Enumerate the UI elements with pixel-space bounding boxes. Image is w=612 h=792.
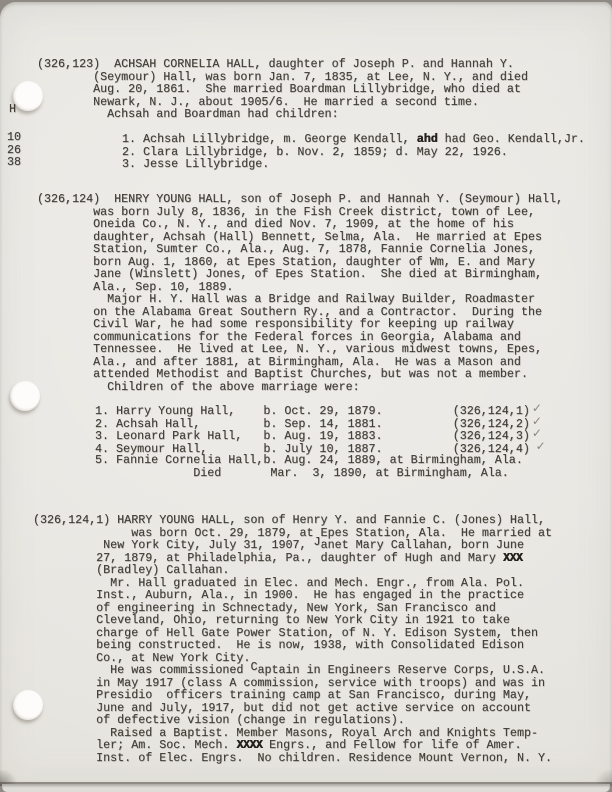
- text-line: Inst. of Elec. Engrs. No children. Resid…: [33, 752, 552, 765]
- text-segment: Achsah and Boardman had children:: [37, 107, 339, 121]
- text-segment: Died Mar. 3, 1890, at Birmingham, Ala.: [95, 466, 509, 480]
- text-line: Children of the above marriage were:: [37, 381, 563, 394]
- section-326-124-1: (326,124,1) HARRY YOUNG HALL, son of Hen…: [33, 514, 552, 764]
- text-segment: 3. Jesse Lillybridge.: [122, 157, 269, 171]
- scanned-typescript-page: H 10 26 38 (326,123) ACHSAH CORNELIA HAL…: [0, 2, 612, 782]
- text-line: 3. Jesse Lillybridge.: [122, 158, 585, 171]
- section-326-123: (326,123) ACHSAH CORNELIA HALL, daughter…: [37, 58, 528, 121]
- margin-mark-numbers: 10 26 38: [7, 131, 21, 169]
- text-line: Died Mar. 3, 1890, at Birmingham, Ala.: [95, 467, 546, 480]
- text-segment-sup: J: [314, 535, 321, 549]
- text-line: Achsah and Boardman had children:: [37, 108, 528, 121]
- section-326-124: (326,124) HENRY YOUNG HALL, son of Josep…: [37, 193, 563, 393]
- margin-mark-number: 10: [7, 131, 21, 144]
- text-segment: Children of the above marriage were:: [37, 380, 360, 394]
- text-segment: Inst. of Elec. Engrs. No children. Resid…: [33, 751, 552, 765]
- text-line: 3. Leonard Park Hall, b. Aug. 19, 1883. …: [95, 429, 546, 442]
- children-list-lillybridge: 1. Achsah Lillybridge, m. George Kendall…: [122, 133, 585, 171]
- pencil-checkmark: ✓: [532, 426, 542, 440]
- underlying-page-edge: [2, 784, 610, 792]
- pencil-checkmark: ✓: [532, 401, 542, 415]
- text-segment-strike: XXX: [503, 551, 522, 565]
- margin-mark-number: 38: [7, 156, 21, 169]
- punch-hole-middle: [10, 381, 40, 411]
- margin-mark-letter: H: [9, 103, 16, 116]
- pencil-checkmark: ✓: [532, 439, 546, 453]
- text-segment-sup: C: [250, 660, 257, 674]
- text-line: 2. Achsah Hall, b. Sep. 14, 1881. (326,1…: [95, 417, 546, 430]
- children-list-hall: 1. Harry Young Hall, b. Oct. 29, 1879. (…: [95, 404, 546, 479]
- text-line: 1. Harry Young Hall, b. Oct. 29, 1879. (…: [95, 404, 546, 417]
